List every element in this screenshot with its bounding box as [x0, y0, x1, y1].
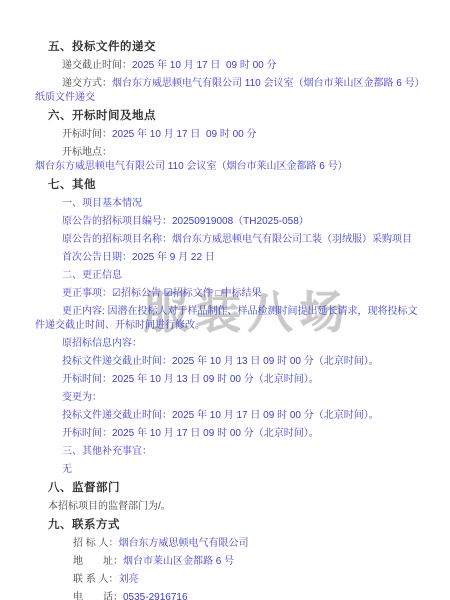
document-line: 更正事项：☑招标公告 ☑招标文件 □中标结果	[35, 287, 421, 301]
document-line: 三、其他补充事宜：	[35, 445, 421, 459]
document-line: 开标时间：2025 年 10 月 13 日 09 时 00 分（北京时间）。	[35, 373, 421, 387]
document-line: 开标时间：2025 年 10 月 17 日 09 时 00 分（北京时间）。	[35, 427, 421, 441]
document-line: 开标时间：2025 年 10 月 17 日 09 时 00 分	[35, 128, 421, 142]
line-value: 2025 年 10 月 17 日 09 时 00 分	[132, 60, 277, 71]
document-line: 电 话：0535-2916716	[35, 591, 421, 600]
line-label: 递交方式：	[62, 78, 112, 89]
document-body: 五、投标文件的递交递交截止时间：2025 年 10 月 17 日 09 时 00…	[0, 0, 450, 600]
line-label: 招 标 人：	[73, 538, 119, 549]
section-heading: 六、开标时间及地点	[35, 109, 421, 124]
document-line: 更正内容: 因潜在投标人对于样品制作、样品检测时间提出延长请求，现将投标文件递交…	[35, 305, 421, 333]
document-line: 原公告的招标项目编号：20250919008（TH2025-058）	[35, 215, 421, 229]
document-line: 变更为：	[35, 391, 421, 405]
document-line: 投标文件递交截止时间：2025 年 10 月 13 日 09 时 00 分（北京…	[35, 355, 421, 369]
line-label: 开标时间：	[62, 129, 112, 140]
line-value: 2025 年 10 月 17 日 09 时 00 分	[112, 129, 257, 140]
document-line: 地 址：烟台市莱山区金都路 6 号	[35, 555, 421, 569]
document-line: 原招标信息内容：	[35, 337, 421, 351]
line-label: 递交截止时间：	[62, 60, 132, 71]
section-heading: 七、其他	[35, 178, 421, 193]
line-value: 刘亮	[119, 574, 139, 585]
section-heading: 五、投标文件的递交	[35, 40, 421, 55]
document-line: 招 标 人：烟台东方威思顿电气有限公司	[35, 537, 421, 551]
document-line: 递交方式：烟台东方威思顿电气有限公司 110 会议室（烟台市莱山区金都路 6 号…	[35, 77, 421, 105]
line-label: 地 址：	[73, 556, 123, 567]
document-line: 原公告的招标项目名称：烟台东方威思顿电气有限公司工装（羽绒服）采购项目	[35, 233, 421, 247]
document-line: 开标地点：烟台东方威思顿电气有限公司 110 会议室（烟台市莱山区金都路 6 号…	[35, 146, 421, 174]
tender-correction-document: 服装八场 五、投标文件的递交递交截止时间：2025 年 10 月 17 日 09…	[0, 0, 450, 600]
document-line: 首次公告日期：2025 年 9 月 22 日	[35, 251, 421, 265]
line-label: 电 话：	[73, 592, 123, 600]
section-heading: 九、联系方式	[35, 518, 421, 533]
document-line: 一、项目基本情况	[35, 197, 421, 211]
line-label: 联 系 人：	[73, 574, 119, 585]
line-value: 0535-2916716	[123, 592, 188, 600]
document-line: 联 系 人：刘亮	[35, 573, 421, 587]
document-line: 本招标项目的监督部门为/。	[35, 500, 421, 514]
document-line: 二、更正信息	[35, 269, 421, 283]
line-label: 开标地点：	[62, 147, 112, 158]
document-line: 无	[35, 463, 421, 477]
section-heading: 八、监督部门	[35, 481, 421, 496]
document-line: 投标文件递交截止时间：2025 年 10 月 17 日 09 时 00 分（北京…	[35, 409, 421, 423]
line-value: 烟台东方威思顿电气有限公司 110 会议室（烟台市莱山区金都路 6 号）	[35, 161, 348, 172]
document-line: 递交截止时间：2025 年 10 月 17 日 09 时 00 分	[35, 59, 421, 73]
line-value: 烟台东方威思顿电气有限公司	[119, 538, 249, 549]
line-value: 烟台市莱山区金都路 6 号	[123, 556, 234, 567]
